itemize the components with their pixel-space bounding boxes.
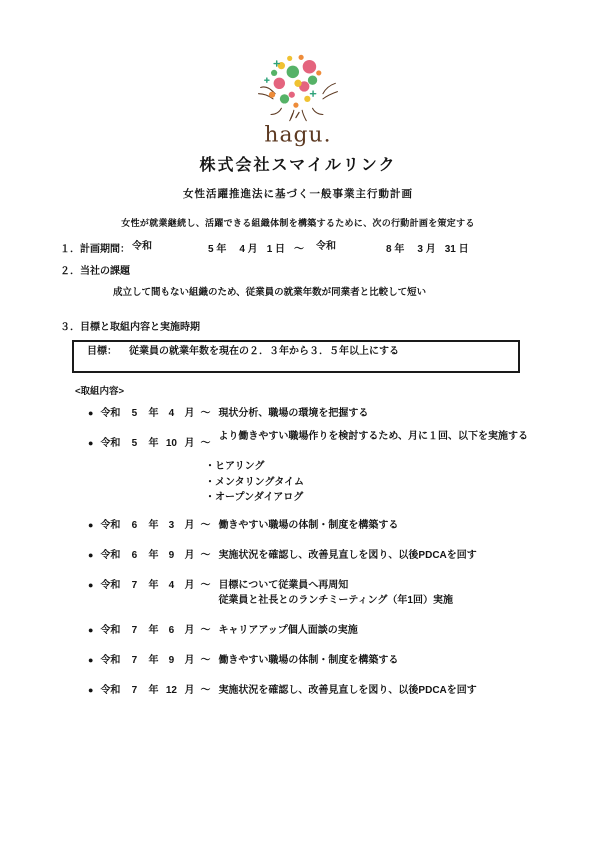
intro-text: 女性が就業継続し、活躍できる組織体制を構築するために、次の行動計画を策定する [0,218,596,229]
tilde-icon: ～ [200,578,210,593]
activity-month: 9 [158,548,184,563]
tilde-icon: ～ [200,518,210,533]
activity-sublist: ・ヒアリング・メンタリングタイム・オープンダイアログ [205,459,536,506]
activity-year: 7 [120,623,148,638]
activity-month-unit: 月 [184,406,194,421]
activity-text-line: 目標について従業員へ再周知 [218,578,453,593]
goal-box: 目標：従業員の就業年数を現在の２．３年から３．５年以上にする [72,340,520,373]
activity-text: より働きやすい職場作りを検討するため、月に１回、以下を実施する [218,429,528,444]
activity-month: 4 [158,406,184,421]
activity-month-unit: 月 [184,578,194,593]
plan-period-start-era: 令和 [132,240,152,253]
activity-item: ●令和7年4月～目標について従業員へ再周知従業員と社長とのランチミーティング（年… [60,578,536,608]
activity-item: ●令和5年4月～現状分析、職場の環境を把握する [60,406,536,421]
plan-period-tilde: ～ [294,243,304,256]
activity-year-unit: 年 [148,683,158,698]
activity-month-unit: 月 [184,548,194,563]
activity-year-unit: 年 [148,406,158,421]
tilde-icon: ～ [200,623,210,638]
activities-heading: <取組内容> [75,386,536,398]
plan-period-label: １．計画期間： [60,243,130,256]
tilde-icon: ～ [200,436,210,451]
activity-item: ●令和5年10月～より働きやすい職場作りを検討するため、月に１回、以下を実施する [60,436,536,451]
issues-body: 成立して間もない組織のため、従業員の就業年数が同業者と比較して短い [113,287,536,299]
bullet-icon: ● [88,436,93,451]
activity-month: 9 [158,653,184,668]
activity-year: 7 [120,683,148,698]
tilde-icon: ～ [200,683,210,698]
activity-text-line: より働きやすい職場作りを検討するため、月に１回、以下を実施する [218,429,528,444]
activity-text: 実施状況を確認し、改善見直しを図り、以後PDCAを回す [218,548,476,563]
activity-item: ●令和6年3月～働きやすい職場の体制・制度を構築する [60,518,536,533]
plan-period-start-month: 4 月 [239,243,257,256]
sublist-item: ・オープンダイアログ [205,490,536,506]
activity-year: 7 [120,653,148,668]
bullet-icon: ● [88,548,93,563]
activity-year-unit: 年 [148,548,158,563]
activity-list: ●令和5年4月～現状分析、職場の環境を把握する●令和5年10月～より働きやすい職… [60,406,536,698]
activity-year: 7 [120,578,148,593]
logo-container: hagu. [0,0,596,152]
activity-text: キャリアアップ個人面談の実施 [218,623,357,638]
plan-period-start-day: 1 日 [267,243,285,256]
plan-period-row: １．計画期間： 令和 5 年 4 月 1 日 ～ 令和 8 年 3 月 31 日 [60,243,536,256]
activity-year-unit: 年 [148,518,158,533]
activity-item: ●令和7年9月～働きやすい職場の体制・制度を構築する [60,653,536,668]
activity-text-line: 実施状況を確認し、改善見直しを図り、以後PDCAを回す [218,683,476,698]
activity-month-unit: 月 [184,683,194,698]
goal-label: 目標： [87,346,117,357]
activity-year: 6 [120,518,148,533]
activity-month: 6 [158,623,184,638]
activity-item: ●令和6年9月～実施状況を確認し、改善見直しを図り、以後PDCAを回す [60,548,536,563]
activity-era: 令和 [100,436,120,451]
hagu-logo-icon: hagu. [244,52,352,152]
activity-text-line: キャリアアップ個人面談の実施 [218,623,357,638]
activity-item: ●令和7年12月～実施状況を確認し、改善見直しを図り、以後PDCAを回す [60,683,536,698]
bullet-icon: ● [88,578,93,593]
activity-text: 働きやすい職場の体制・制度を構築する [218,518,398,533]
activity-text: 目標について従業員へ再周知従業員と社長とのランチミーティング（年1回）実施 [218,578,453,608]
activity-text: 働きやすい職場の体制・制度を構築する [218,653,398,668]
activity-era: 令和 [100,623,120,638]
activity-text-line: 現状分析、職場の環境を把握する [218,406,368,421]
plan-period-end-year: 8 年 [386,243,404,256]
bullet-icon: ● [88,653,93,668]
activity-era: 令和 [100,683,120,698]
bullet-icon: ● [88,623,93,638]
activity-month-unit: 月 [184,436,194,451]
goals-section-label: ３．目標と取組内容と実施時期 [60,321,536,334]
bullet-icon: ● [88,683,93,698]
plan-period-end-day: 31 日 [445,243,469,256]
activity-year: 5 [120,406,148,421]
activity-month: 3 [158,518,184,533]
tilde-icon: ～ [200,653,210,668]
activity-text-line: 実施状況を確認し、改善見直しを図り、以後PDCAを回す [218,548,476,563]
sublist-item: ・メンタリングタイム [205,475,536,491]
activity-year-unit: 年 [148,436,158,451]
plan-period-end-month: 3 月 [417,243,435,256]
activity-month: 4 [158,578,184,593]
activity-month-unit: 月 [184,623,194,638]
activity-item: ●令和7年6月～キャリアアップ個人面談の実施 [60,623,536,638]
activity-year-unit: 年 [148,653,158,668]
document-body: １．計画期間： 令和 5 年 4 月 1 日 ～ 令和 8 年 3 月 31 日… [0,243,596,698]
activity-text-line: 従業員と社長とのランチミーティング（年1回）実施 [218,593,453,608]
activity-year-unit: 年 [148,623,158,638]
activity-era: 令和 [100,653,120,668]
activity-text-line: 働きやすい職場の体制・制度を構築する [218,653,398,668]
tilde-icon: ～ [200,548,210,563]
goal-text: 従業員の就業年数を現在の２．３年から３．５年以上にする [129,346,399,357]
activity-month-unit: 月 [184,518,194,533]
activity-month-unit: 月 [184,653,194,668]
tilde-icon: ～ [200,406,210,421]
company-name: 株式会社スマイルリンク [0,156,596,176]
sublist-item: ・ヒアリング [205,459,536,475]
plan-period-start-year: 5 年 [208,243,226,256]
activity-month: 12 [158,683,184,698]
bullet-icon: ● [88,406,93,421]
bullet-icon: ● [88,518,93,533]
activity-year: 6 [120,548,148,563]
activity-text-line: 働きやすい職場の体制・制度を構築する [218,518,398,533]
activity-era: 令和 [100,406,120,421]
activity-year: 5 [120,436,148,451]
activity-text: 実施状況を確認し、改善見直しを図り、以後PDCAを回す [218,683,476,698]
activity-text: 現状分析、職場の環境を把握する [218,406,368,421]
activity-year-unit: 年 [148,578,158,593]
document-title: 女性活躍推進法に基づく一般事業主行動計画 [0,188,596,201]
plan-period-end-era: 令和 [316,240,336,253]
document-page: hagu. 株式会社スマイルリンク 女性活躍推進法に基づく一般事業主行動計画 女… [0,0,596,842]
logo-wordmark: hagu. [264,122,331,147]
activity-month: 10 [158,436,184,451]
issues-section-label: ２．当社の課題 [60,265,536,278]
activity-era: 令和 [100,578,120,593]
activity-era: 令和 [100,518,120,533]
activity-era: 令和 [100,548,120,563]
